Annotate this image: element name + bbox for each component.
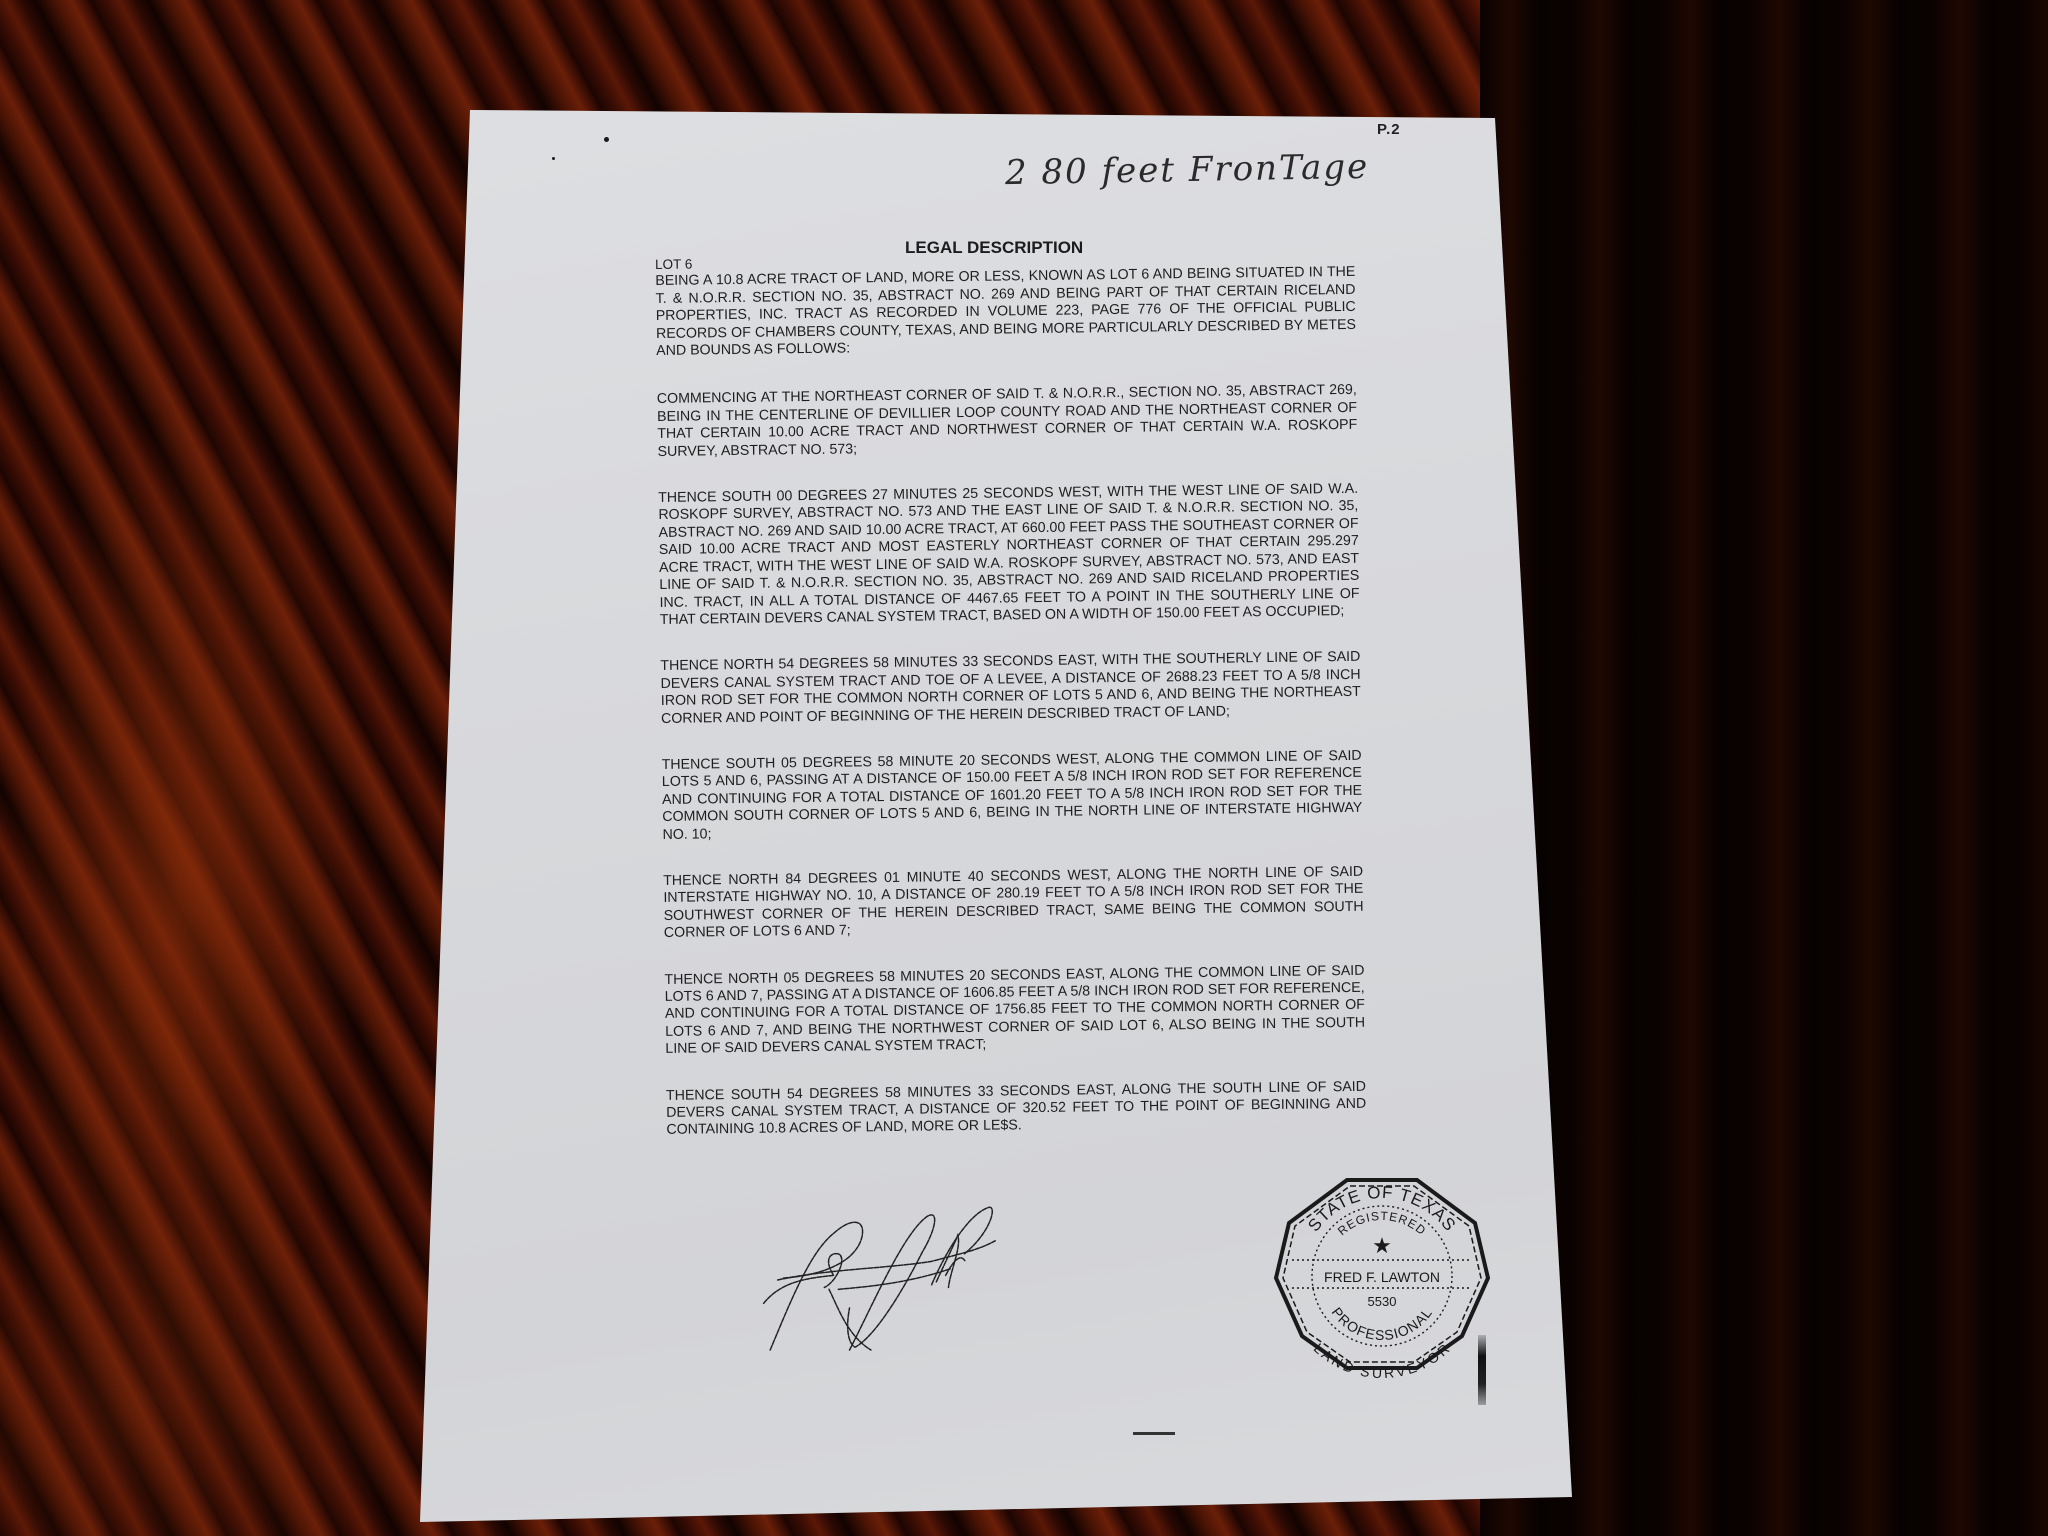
seal-star-icon: ★	[1372, 1233, 1392, 1258]
paragraph-call-1: THENCE SOUTH 00 DEGREES 27 MINUTES 25 SE…	[658, 481, 1360, 629]
surveyor-seal: STATE OF TEXAS REGISTERED ★ FRED F. LAWT…	[1262, 1168, 1502, 1378]
paragraph-call-5: THENCE NORTH 05 DEGREES 58 MINUTES 20 SE…	[664, 962, 1365, 1058]
seal-state-text: STATE OF TEXAS	[1304, 1183, 1460, 1235]
surveyor-signature	[745, 1195, 1025, 1365]
paragraph-call-2: THENCE NORTH 54 DEGREES 58 MINUTES 33 SE…	[660, 649, 1361, 728]
paragraph-commencing: COMMENCING AT THE NORTHEAST CORNER OF SA…	[657, 382, 1358, 461]
handwritten-note: 2 80 feet FronTage	[1005, 147, 1370, 193]
page-number: P.2	[1377, 121, 1401, 138]
document-body: LOT 6 BEING A 10.8 ACRE TRACT OF LAND, M…	[655, 247, 1367, 1157]
seal-name: FRED F. LAWTON	[1324, 1269, 1440, 1285]
seal-professional-text: PROFESSIONAL	[1329, 1304, 1436, 1343]
paragraph-intro: BEING A 10.8 ACRE TRACT OF LAND, MORE OR…	[655, 264, 1356, 360]
copy-artifact-line	[1133, 1432, 1175, 1435]
paragraph-call-4: THENCE NORTH 84 DEGREES 01 MINUTE 40 SEC…	[663, 864, 1364, 943]
paper-speck	[552, 157, 555, 160]
svg-text:PROFESSIONAL: PROFESSIONAL	[1329, 1304, 1436, 1343]
seal-number: 5530	[1368, 1294, 1397, 1309]
paragraph-call-3: THENCE SOUTH 05 DEGREES 58 MINUTE 20 SEC…	[662, 748, 1363, 844]
svg-text:STATE OF TEXAS: STATE OF TEXAS	[1304, 1183, 1460, 1235]
legal-document: P.2 2 80 feet FronTage LEGAL DESCRIPTION…	[0, 0, 2048, 1536]
paragraph-call-6: THENCE SOUTH 54 DEGREES 58 MINUTES 33 SE…	[666, 1078, 1367, 1139]
paper-speck	[604, 137, 609, 142]
copy-artifact-mark	[1478, 1335, 1486, 1405]
